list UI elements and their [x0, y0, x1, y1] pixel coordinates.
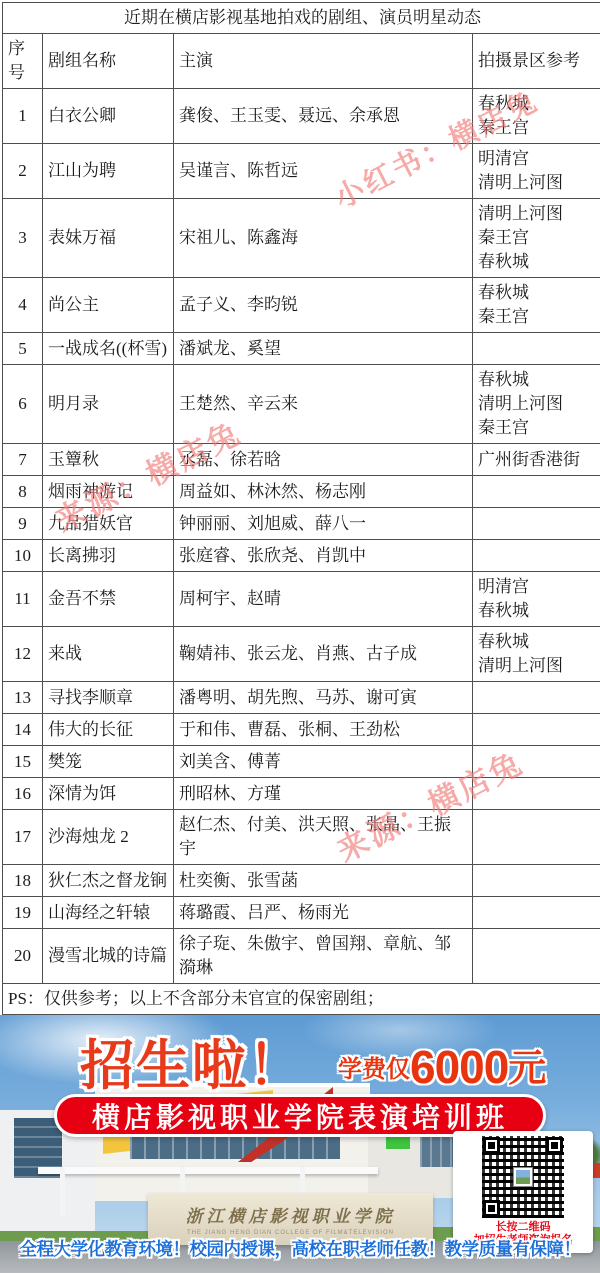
cell-no: 9 [3, 508, 43, 540]
table-row: 2江山为聘吴谨言、陈哲远明清宫 清明上河图 [3, 144, 600, 199]
walkway-canopy [38, 1167, 378, 1174]
header-no: 序号 [3, 34, 43, 89]
cell-loc: 春秋城 秦王宫 [473, 278, 600, 333]
cell-loc [473, 778, 600, 810]
cell-no: 17 [3, 810, 43, 865]
cell-cast: 刑昭林、方瑾 [174, 778, 473, 810]
cell-cast: 刘美含、傅菁 [174, 746, 473, 778]
cell-cast: 周柯宇、赵晴 [174, 572, 473, 627]
cell-no: 8 [3, 476, 43, 508]
cell-name: 沙海烛龙 2 [43, 810, 174, 865]
table-title-row: 近期在横店影视基地拍戏的剧组、演员明星动态 [3, 3, 600, 34]
cell-cast: 杜奕衡、张雪菡 [174, 865, 473, 897]
cell-cast: 丞磊、徐若晗 [174, 444, 473, 476]
cell-loc [473, 714, 600, 746]
college-sign-chinese: 浙江横店影视职业学院 [186, 1202, 396, 1227]
cell-cast: 徐子琁、朱傲宇、曾国翔、章航、邹漪琳 [174, 929, 473, 984]
table-row: 11金吾不禁周柯宇、赵晴明清宫 春秋城 [3, 572, 600, 627]
course-banner-text: 横店影视职业学院表演培训班 [92, 1096, 508, 1136]
cell-name: 狄仁杰之督龙锏 [43, 865, 174, 897]
ad-banner: 浙江横店影视职业学院 THE JIANG HENG DIAN COLLEGE O… [0, 1015, 600, 1273]
qr-caption-line1: 长按二维码 [474, 1221, 573, 1234]
cell-loc [473, 746, 600, 778]
qr-center-logo [513, 1167, 533, 1187]
cell-name: 明月录 [43, 365, 174, 444]
cell-no: 19 [3, 897, 43, 929]
cell-loc: 春秋城 清明上河图 秦王宫 [473, 365, 600, 444]
cell-loc [473, 865, 600, 897]
cell-name: 烟雨神游记 [43, 476, 174, 508]
cell-no: 20 [3, 929, 43, 984]
cell-name: 山海经之轩辕 [43, 897, 174, 929]
table-row: 20漫雪北城的诗篇徐子琁、朱傲宇、曾国翔、章航、邹漪琳 [3, 929, 600, 984]
cell-no: 12 [3, 627, 43, 682]
table-row: 12来战鞠婧祎、张云龙、肖燕、古子成春秋城 清明上河图 [3, 627, 600, 682]
cell-cast: 吴谨言、陈哲远 [174, 144, 473, 199]
cell-no: 3 [3, 199, 43, 278]
table-row: 9九品猎妖官钟丽丽、刘旭威、薛八一 [3, 508, 600, 540]
cell-cast: 潘斌龙、奚望 [174, 333, 473, 365]
cell-name: 樊笼 [43, 746, 174, 778]
cell-name: 来战 [43, 627, 174, 682]
table-row: 4尚公主孟子义、李昀锐春秋城 秦王宫 [3, 278, 600, 333]
cell-no: 10 [3, 540, 43, 572]
cell-no: 4 [3, 278, 43, 333]
cell-no: 14 [3, 714, 43, 746]
cell-cast: 王楚然、辛云来 [174, 365, 473, 444]
tuition-prefix: 学费仅 [338, 1056, 410, 1083]
cell-cast: 蒋璐霞、吕严、杨雨光 [174, 897, 473, 929]
cell-name: 表妹万福 [43, 199, 174, 278]
crew-table: 近期在横店影视基地拍戏的剧组、演员明星动态 序号 剧组名称 主演 拍摄景区参考 … [2, 2, 600, 1015]
qr-panel: 长按二维码 加招生老师咨询报名 [453, 1131, 593, 1253]
cell-no: 11 [3, 572, 43, 627]
table-title: 近期在横店影视基地拍戏的剧组、演员明星动态 [3, 3, 600, 34]
cell-no: 1 [3, 89, 43, 144]
table-row: 8烟雨神游记周益如、林沐然、杨志刚 [3, 476, 600, 508]
header-loc: 拍摄景区参考 [473, 34, 600, 89]
table-row: 17沙海烛龙 2赵仁杰、付美、洪天照、张晶、王振宇 [3, 810, 600, 865]
crew-table-section: 近期在横店影视基地拍戏的剧组、演员明星动态 序号 剧组名称 主演 拍摄景区参考 … [0, 0, 600, 1015]
cell-loc: 广州街香港街 [473, 444, 600, 476]
table-row: 7玉簟秋丞磊、徐若晗广州街香港街 [3, 444, 600, 476]
cell-loc [473, 508, 600, 540]
table-body: 1白衣公卿龚俊、王玉雯、聂远、余承恩春秋城 秦王宫2江山为聘吴谨言、陈哲远明清宫… [3, 89, 600, 984]
ad-headline: 招生啦！ [80, 1023, 304, 1100]
cell-loc [473, 333, 600, 365]
footnote: PS：仅供参考；以上不含部分未官宣的保密剧组； [3, 984, 600, 1015]
cell-cast: 于和伟、曹磊、张桐、王劲松 [174, 714, 473, 746]
ad-bottom-slogan: 全程大学化教育环境！校园内授课，高校在职老师任教！教学质量有保障！ [0, 1236, 600, 1261]
tuition-text: 学费仅6000元 [338, 1037, 546, 1094]
cell-no: 13 [3, 682, 43, 714]
cell-loc: 春秋城 秦王宫 [473, 89, 600, 144]
table-row: 3表妹万福宋祖儿、陈鑫海清明上河图 秦王宫 春秋城 [3, 199, 600, 278]
cell-name: 一战成名((杯雪) [43, 333, 174, 365]
table-row: 19山海经之轩辕蒋璐霞、吕严、杨雨光 [3, 897, 600, 929]
tuition-amount: 6000 [410, 1041, 508, 1093]
cell-cast: 潘粤明、胡先煦、马苏、谢可寅 [174, 682, 473, 714]
cell-name: 江山为聘 [43, 144, 174, 199]
cell-no: 7 [3, 444, 43, 476]
qr-code [482, 1136, 564, 1218]
table-row: 5一战成名((杯雪)潘斌龙、奚望 [3, 333, 600, 365]
cell-cast: 孟子义、李昀锐 [174, 278, 473, 333]
tuition-suffix: 元 [508, 1048, 546, 1090]
cell-cast: 宋祖儿、陈鑫海 [174, 199, 473, 278]
cell-loc [473, 540, 600, 572]
cell-name: 伟大的长征 [43, 714, 174, 746]
cell-no: 15 [3, 746, 43, 778]
cell-loc: 清明上河图 秦王宫 春秋城 [473, 199, 600, 278]
cell-cast: 鞠婧祎、张云龙、肖燕、古子成 [174, 627, 473, 682]
cell-cast: 周益如、林沐然、杨志刚 [174, 476, 473, 508]
cell-name: 漫雪北城的诗篇 [43, 929, 174, 984]
header-cast: 主演 [174, 34, 473, 89]
table-row: 1白衣公卿龚俊、王玉雯、聂远、余承恩春秋城 秦王宫 [3, 89, 600, 144]
cell-name: 深情为饵 [43, 778, 174, 810]
cell-loc [473, 682, 600, 714]
table-row: 14伟大的长征于和伟、曹磊、张桐、王劲松 [3, 714, 600, 746]
cell-loc [473, 476, 600, 508]
cell-no: 6 [3, 365, 43, 444]
cell-name: 尚公主 [43, 278, 174, 333]
cell-name: 白衣公卿 [43, 89, 174, 144]
table-row: 6明月录王楚然、辛云来春秋城 清明上河图 秦王宫 [3, 365, 600, 444]
cell-loc [473, 897, 600, 929]
footnote-row: PS：仅供参考；以上不含部分未官宣的保密剧组； [3, 984, 600, 1015]
post-image: 近期在横店影视基地拍戏的剧组、演员明星动态 序号 剧组名称 主演 拍摄景区参考 … [0, 0, 600, 1273]
cell-loc: 明清宫 春秋城 [473, 572, 600, 627]
cell-no: 2 [3, 144, 43, 199]
cell-cast: 钟丽丽、刘旭威、薛八一 [174, 508, 473, 540]
cell-loc [473, 810, 600, 865]
cell-cast: 赵仁杰、付美、洪天照、张晶、王振宇 [174, 810, 473, 865]
cell-name: 九品猎妖官 [43, 508, 174, 540]
cell-cast: 龚俊、王玉雯、聂远、余承恩 [174, 89, 473, 144]
table-row: 15樊笼刘美含、傅菁 [3, 746, 600, 778]
cell-cast: 张庭睿、张欣尧、肖凯中 [174, 540, 473, 572]
cell-no: 16 [3, 778, 43, 810]
cell-name: 长离拂羽 [43, 540, 174, 572]
cell-no: 5 [3, 333, 43, 365]
header-name: 剧组名称 [43, 34, 174, 89]
table-row: 18狄仁杰之督龙锏杜奕衡、张雪菡 [3, 865, 600, 897]
table-row: 13寻找李顺章潘粤明、胡先煦、马苏、谢可寅 [3, 682, 600, 714]
cell-name: 玉簟秋 [43, 444, 174, 476]
canopy-post [60, 1167, 65, 1217]
cell-name: 金吾不禁 [43, 572, 174, 627]
cell-no: 18 [3, 865, 43, 897]
table-row: 10长离拂羽张庭睿、张欣尧、肖凯中 [3, 540, 600, 572]
table-row: 16深情为饵刑昭林、方瑾 [3, 778, 600, 810]
cell-loc: 明清宫 清明上河图 [473, 144, 600, 199]
cell-loc: 春秋城 清明上河图 [473, 627, 600, 682]
cell-name: 寻找李顺章 [43, 682, 174, 714]
table-header-row: 序号 剧组名称 主演 拍摄景区参考 [3, 34, 600, 89]
cell-loc [473, 929, 600, 984]
